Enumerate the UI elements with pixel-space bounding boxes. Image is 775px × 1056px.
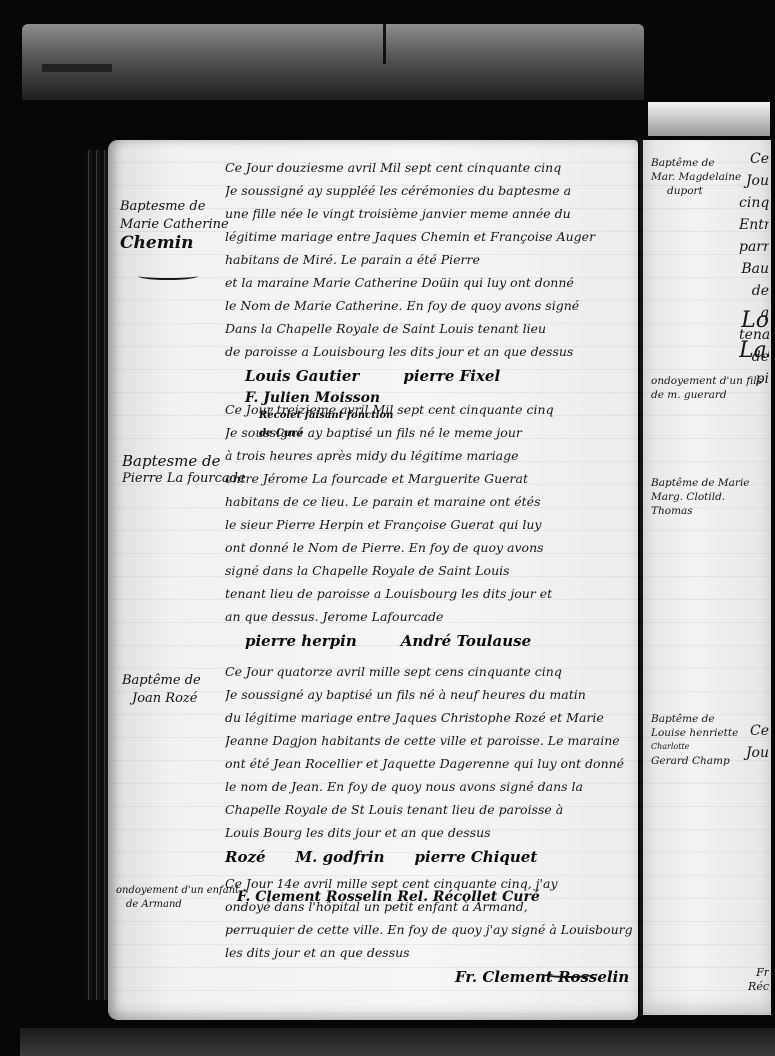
adjacent-margin-note-3: Baptême de Marie Marg. Clotild. Thomas bbox=[651, 476, 763, 518]
edge-fragment: Jou bbox=[739, 742, 769, 764]
baptism-entry-3: Ce Jour quatorze avril mille sept cens c… bbox=[225, 660, 635, 906]
signature: pierre Chiquet bbox=[415, 844, 538, 870]
margin-title-line: Marie Catherine bbox=[120, 216, 229, 234]
entry-line: Je soussigné ay baptisé un fils né le me… bbox=[225, 421, 635, 444]
signature: M. godfrin bbox=[296, 844, 385, 870]
register-page-adjacent: Baptême de Mar. Magdelaine duport ondoye… bbox=[640, 140, 771, 1015]
entry-line: et la maraine Marie Catherine Doüin qui … bbox=[225, 271, 635, 294]
adjacent-edge-text: Lo Lab bbox=[739, 306, 769, 366]
entry-line: Ce Jour quatorze avril mille sept cens c… bbox=[225, 660, 635, 683]
signature: pierre herpin bbox=[245, 628, 357, 654]
margin-title-entry-4: ondoyement d'un enfant de Armand bbox=[116, 884, 239, 912]
signatures-entry-1: Louis Gautier pierre Fixel bbox=[225, 363, 635, 389]
entry-line: entre Jérome La fourcade et Marguerite G… bbox=[225, 467, 635, 490]
entry-line: de paroisse a Louisbourg les dits jour e… bbox=[225, 340, 635, 363]
adjacent-page-tab bbox=[648, 102, 770, 136]
entry-line: ont donné le Nom de Pierre. En foy de qu… bbox=[225, 536, 635, 559]
entry-line: Ce Jour douziesme avril Mil sept cent ci… bbox=[225, 156, 635, 179]
entry-line: Dans la Chapelle Royale de Saint Louis t… bbox=[225, 317, 635, 340]
backing-board-top bbox=[22, 24, 644, 100]
edge-fragment: Réc bbox=[739, 980, 769, 994]
entry-line: ont été Jean Rocellier et Jaquette Dager… bbox=[225, 752, 635, 775]
margin-title-line: de Armand bbox=[116, 898, 239, 912]
entry-line: Jeanne Dagjon habitants de cette ville e… bbox=[225, 729, 635, 752]
entry-line: Je soussigné ay baptisé un fils né à neu… bbox=[225, 683, 635, 706]
board-strip bbox=[42, 64, 112, 72]
signature: Rozé bbox=[225, 844, 266, 870]
margin-title-line: Baptesme de bbox=[120, 198, 229, 216]
entry-line: Ce Jour 14e avril mille sept cent cinqua… bbox=[225, 872, 635, 895]
edge-fragment: Bau bbox=[739, 258, 769, 280]
entry-line: une fille née le vingt troisième janvier… bbox=[225, 202, 635, 225]
note-line: Baptême de Marie bbox=[651, 476, 763, 490]
margin-flourish bbox=[138, 272, 198, 280]
edge-fragment: Fr bbox=[739, 966, 769, 980]
edge-fragment: Ce bbox=[739, 720, 769, 742]
margin-title-line: Joan Rozé bbox=[122, 690, 201, 708]
entry-line: le Nom de Marie Catherine. En foy de quo… bbox=[225, 294, 635, 317]
edge-fragment: Lo bbox=[739, 306, 769, 336]
entry-line: ondoyé dans l'hôpital un petit enfant à … bbox=[225, 895, 635, 918]
margin-title-entry-1: Baptesme de Marie Catherine Chemin bbox=[120, 198, 229, 252]
entry-line: habitans de Miré. Le parain a été Pierre bbox=[225, 248, 635, 271]
entry-line: légitime mariage entre Jaques Chemin et … bbox=[225, 225, 635, 248]
entry-line: Chapelle Royale de St Louis tenant lieu … bbox=[225, 798, 635, 821]
entry-line: les dits jour et an que dessus bbox=[225, 941, 635, 964]
signature: pierre Fixel bbox=[403, 363, 500, 389]
edge-fragment: Lab bbox=[739, 336, 769, 366]
entry-line: le sieur Pierre Herpin et Françoise Guer… bbox=[225, 513, 635, 536]
entry-line: habitans de ce lieu. Le parain et marain… bbox=[225, 490, 635, 513]
adjacent-edge-text: Fr Réc bbox=[739, 966, 769, 994]
edge-fragment: parr bbox=[739, 236, 769, 258]
register-page-main: Baptesme de Marie Catherine Chemin Ce Jo… bbox=[108, 140, 638, 1020]
signatures-entry-2: pierre herpin André Toulause bbox=[225, 628, 635, 654]
edge-fragment: Ce Jou bbox=[739, 148, 769, 192]
signature: André Toulause bbox=[401, 628, 531, 654]
margin-title-line: Chemin bbox=[120, 234, 229, 252]
margin-title-entry-3: Baptême de Joan Rozé bbox=[122, 672, 201, 708]
edge-fragment: Entr bbox=[739, 214, 769, 236]
signature: Louis Gautier bbox=[245, 363, 359, 389]
entry-line: Ce Jour treizieme avril Mil sept cent ci… bbox=[225, 398, 635, 421]
adjacent-edge-text: Ce Jou bbox=[739, 720, 769, 764]
margin-title-line: Baptême de bbox=[122, 672, 201, 690]
entry-line: à trois heures après midy du légitime ma… bbox=[225, 444, 635, 467]
entry-line: perruquier de cette ville. En foy de quo… bbox=[225, 918, 635, 941]
entry-line: signé dans la Chapelle Royale de Saint L… bbox=[225, 559, 635, 582]
entry-line: le nom de Jean. En foy de quoy nous avon… bbox=[225, 775, 635, 798]
edge-fragment: cinq bbox=[739, 192, 769, 214]
baptism-entry-2: Ce Jour treizieme avril Mil sept cent ci… bbox=[225, 398, 635, 654]
signatures-entry-3: Rozé M. godfrin pierre Chiquet bbox=[225, 844, 635, 870]
entry-line: Louis Bourg les dits jour et an que dess… bbox=[225, 821, 635, 844]
note-line: de m. guerard bbox=[651, 388, 763, 402]
entry-line: Je soussigné ay suppléé les cérémonies d… bbox=[225, 179, 635, 202]
note-line: Marg. Clotild. Thomas bbox=[651, 490, 763, 518]
signature-flourish bbox=[540, 968, 598, 978]
board-seam bbox=[383, 24, 386, 64]
margin-title-line: ondoyement d'un enfant bbox=[116, 884, 239, 898]
entry-line: du légitime mariage entre Jaques Christo… bbox=[225, 706, 635, 729]
document-scan: Baptesme de Marie Catherine Chemin Ce Jo… bbox=[0, 0, 775, 1056]
backing-board-bottom bbox=[20, 1028, 775, 1056]
entry-line: an que dessus. Jerome Lafourcade bbox=[225, 605, 635, 628]
entry-line: tenant lieu de paroisse a Louisbourg les… bbox=[225, 582, 635, 605]
